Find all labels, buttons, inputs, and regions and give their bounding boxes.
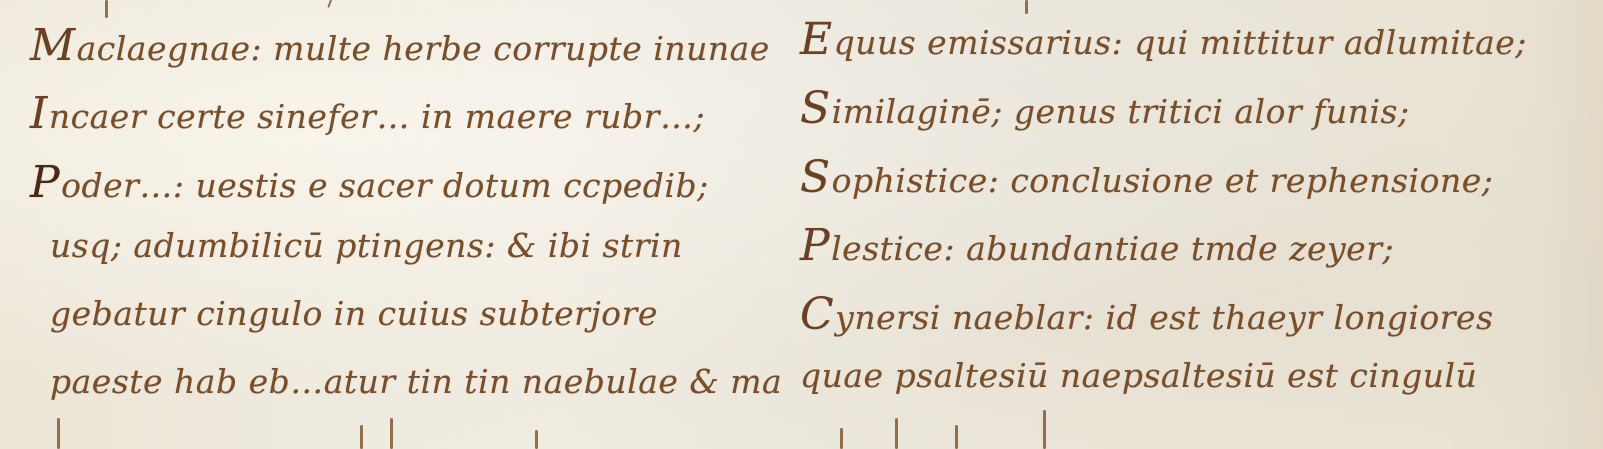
line-text: quae psaltesiū naepsaltesiū est cingulū <box>800 356 1477 395</box>
line-start: g <box>50 294 72 333</box>
line-text: paeste hab eb…atur tin tin naebulae & ma <box>50 362 782 401</box>
line-text: quus emissarius: qui mittitur adlumitae; <box>834 23 1527 62</box>
text-line: quae psaltesiū naepsaltesiū est cingulū <box>800 356 1477 395</box>
text-line: gebatur cingulo in cuius subterjore <box>50 294 658 333</box>
text-line: paeste hab eb…atur tin tin naebulae & ma <box>50 362 782 401</box>
line-text: aclaegnae: multe herbe corrupte inunae <box>77 29 770 68</box>
manuscript-page: Maclaegnae: multe herbe corrupte inunae … <box>0 0 1603 449</box>
initial-letter: M <box>30 20 76 71</box>
ascender-stroke <box>57 418 60 449</box>
initial-letter: S <box>800 152 831 203</box>
initial-letter: C <box>800 289 834 340</box>
initial-letter: E <box>800 14 833 65</box>
text-line: Incaer certe sinefer… in maere rubr…; <box>30 88 705 139</box>
line-text: ynersi naeblar: id est thaeyr longiores <box>835 298 1493 337</box>
ascender-stroke <box>105 0 108 18</box>
ascender-stroke <box>535 430 538 449</box>
text-line: Similaginē; genus tritici alor funis; <box>800 83 1410 134</box>
line-text: imilaginē; genus tritici alor funis; <box>832 92 1410 131</box>
ascender-stroke <box>390 418 393 449</box>
line-text: ophistice: conclusione et rephensione; <box>832 161 1494 200</box>
text-line: Plestice: abundantiae tmde zeyer; <box>800 220 1394 271</box>
line-start: p <box>50 362 72 401</box>
line-text: gebatur cingulo in cuius subterjore <box>50 294 658 333</box>
ascender-stroke <box>1025 0 1028 14</box>
ascender-stroke <box>955 425 958 449</box>
page-edge-shadow <box>1533 0 1603 449</box>
line-body: sq; adumbilicū ptingens: & ibi strin <box>72 226 683 265</box>
line-body: aeste hab eb…atur tin tin naebulae & ma <box>72 362 783 401</box>
ascender-stroke <box>895 418 898 449</box>
line-text: ncaer certe sinefer… in maere rubr…; <box>49 97 705 136</box>
text-line: usq; adumbilicū ptingens: & ibi strin <box>50 226 683 265</box>
initial-letter: P <box>30 157 60 208</box>
line-start: u <box>50 226 72 265</box>
line-body: uae psaltesiū naepsaltesiū est cingulū <box>822 356 1478 395</box>
initial-letter: S <box>800 83 831 134</box>
ascender-stroke <box>840 428 843 449</box>
line-text: lestice: abundantiae tmde zeyer; <box>831 229 1394 268</box>
initial-letter: I <box>30 88 48 139</box>
initial-letter: P <box>800 220 830 271</box>
text-line: Sophistice: conclusione et rephensione; <box>800 152 1493 203</box>
line-start: q <box>800 356 822 395</box>
line-text: usq; adumbilicū ptingens: & ibi strin <box>50 226 683 265</box>
ascender-stroke <box>1043 410 1046 449</box>
text-line: Cynersi naeblar: id est thaeyr longiores <box>800 289 1494 340</box>
text-line: Poder…: uestis e sacer dotum ccpedib; <box>30 157 709 208</box>
text-line: Maclaegnae: multe herbe corrupte inunae <box>30 20 770 71</box>
text-line: Equus emissarius: qui mittitur adlumitae… <box>800 14 1527 65</box>
line-text: oder…: uestis e sacer dotum ccpedib; <box>61 166 709 205</box>
ascender-stroke <box>327 0 334 8</box>
ascender-stroke <box>360 425 363 449</box>
line-body: ebatur cingulo in cuius subterjore <box>72 294 658 333</box>
